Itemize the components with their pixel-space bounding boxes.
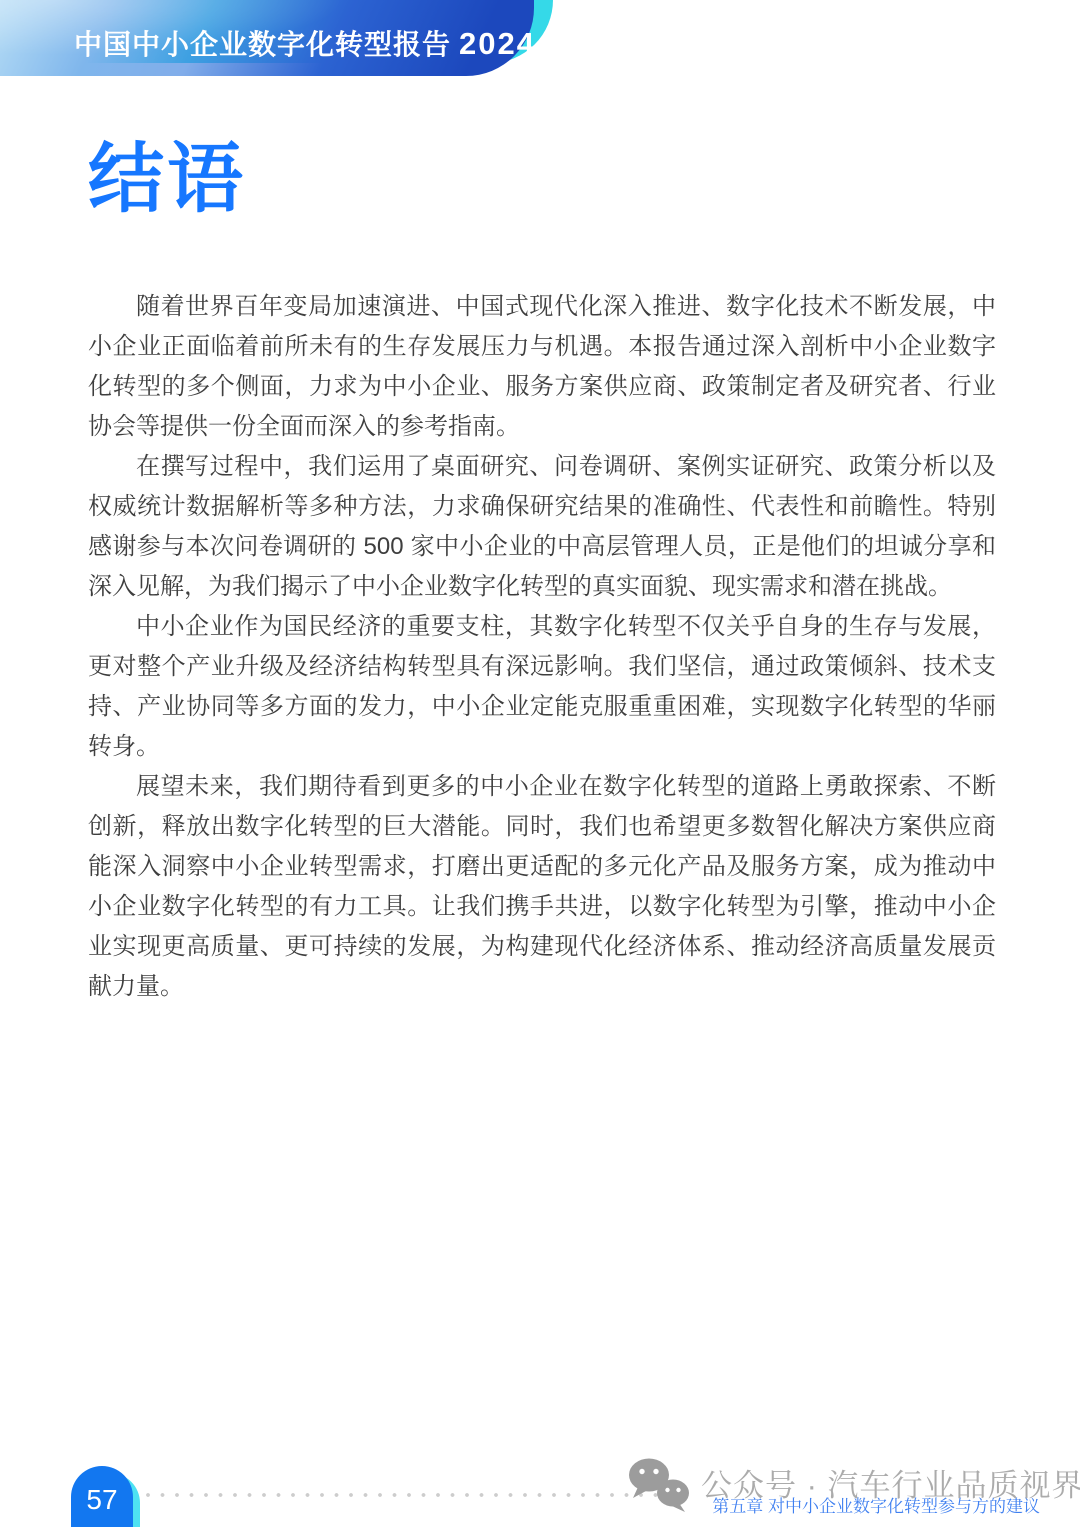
- report-title-year: 2024: [459, 26, 536, 61]
- page-number-badge: 57: [71, 1466, 133, 1527]
- report-header: 中国中小企业数字化转型报告2024: [0, 0, 580, 90]
- wechat-icon: [627, 1455, 691, 1513]
- paragraph-1: 随着世界百年变局加速演进、中国式现代化深入推进、数字化技术不断发展，中小企业正面…: [88, 287, 996, 447]
- conclusion-body: 随着世界百年变局加速演进、中国式现代化深入推进、数字化技术不断发展，中小企业正面…: [88, 287, 996, 1007]
- report-title-text: 中国中小企业数字化转型报告: [74, 29, 451, 60]
- page-title: 结语: [88, 140, 246, 220]
- paragraph-4: 展望未来，我们期待看到更多的中小企业在数字化转型的道路上勇敢探索、不断创新，释放…: [88, 767, 996, 1007]
- footer-dotted-line: [145, 1492, 693, 1498]
- paragraph-3: 中小企业作为国民经济的重要支柱，其数字化转型不仅关乎自身的生存与发展，更对整个产…: [88, 607, 996, 767]
- report-title: 中国中小企业数字化转型报告2024: [74, 23, 536, 63]
- paragraph-2: 在撰写过程中，我们运用了桌面研究、问卷调研、案例实证研究、政策分析以及权威统计数…: [88, 447, 996, 607]
- chapter-footnote: 第五章 对中小企业数字化转型参与方的建议: [712, 1492, 1040, 1517]
- page-number: 57: [86, 1484, 117, 1516]
